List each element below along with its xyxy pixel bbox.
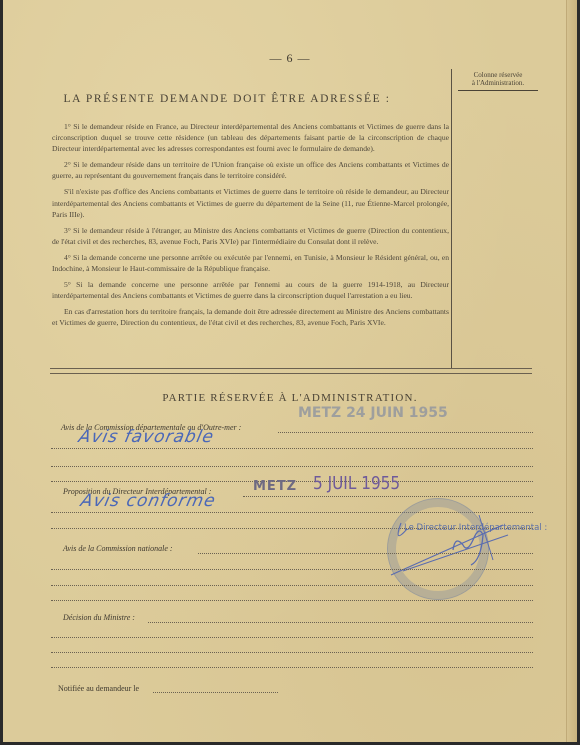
admin-column-header-line2: à l'Administration. [458, 79, 538, 87]
date-stamp-directeur: 5 JUIL 1955 [313, 473, 400, 494]
field-line[interactable] [51, 585, 533, 586]
field-line[interactable] [51, 652, 533, 653]
field-line[interactable] [198, 553, 533, 554]
instruction-paragraph: 3° Si le demandeur réside à l'étranger, … [52, 225, 449, 247]
notification-label: Notifiée au demandeur le [58, 684, 139, 693]
admin-column-header-line1: Colonne réservée [458, 71, 538, 79]
section-divider [50, 368, 532, 374]
instruction-paragraph: 2° Si le demandeur réside dans un territ… [52, 159, 449, 181]
date-stamp-commission: METZ 24 JUIN 1955 [298, 405, 448, 421]
field-line[interactable] [148, 622, 533, 623]
document-page: — 6 — Colonne réservée à l'Administratio… [3, 0, 577, 742]
field-line[interactable] [51, 600, 533, 601]
field-line[interactable] [51, 667, 533, 668]
instructions-body: 1° Si le demandeur réside en France, au … [52, 121, 449, 334]
stamp-city-metz: METZ [253, 479, 297, 494]
field-line[interactable] [51, 569, 533, 570]
field-line[interactable] [278, 432, 533, 433]
decision-ministre-label: Décision du Ministre : [63, 613, 135, 622]
commission-nationale-label: Avis de la Commission nationale : [63, 544, 173, 553]
instruction-paragraph: S'il n'existe pas d'office des Anciens c… [52, 186, 449, 219]
instructions-title: LA PRÉSENTE DEMANDE DOIT ÊTRE ADRESSÉE : [3, 93, 451, 105]
field-line[interactable] [243, 496, 533, 497]
page-edge [566, 0, 577, 742]
notification-date-field[interactable] [153, 692, 278, 693]
instruction-paragraph: 1° Si le demandeur réside en France, au … [52, 121, 449, 154]
admin-column-divider [451, 69, 452, 369]
field-line[interactable] [51, 448, 533, 449]
signature-icon [383, 505, 513, 585]
field-line[interactable] [51, 466, 533, 467]
page-number: — 6 — [3, 51, 577, 66]
field-line[interactable] [51, 637, 533, 638]
instruction-paragraph: 5° Si la demande concerne une personne a… [52, 279, 449, 301]
instruction-paragraph: 4° Si la demande concerne une personne a… [52, 252, 449, 274]
handwritten-avis-favorable: Avis favorable [77, 427, 216, 447]
handwritten-avis-conforme: Avis conforme [79, 491, 218, 511]
admin-section-title: PARTIE RÉSERVÉE À L'ADMINISTRATION. [3, 392, 577, 404]
admin-column-header: Colonne réservée à l'Administration. [458, 71, 538, 91]
instruction-paragraph: En cas d'arrestation hors du territoire … [52, 306, 449, 328]
